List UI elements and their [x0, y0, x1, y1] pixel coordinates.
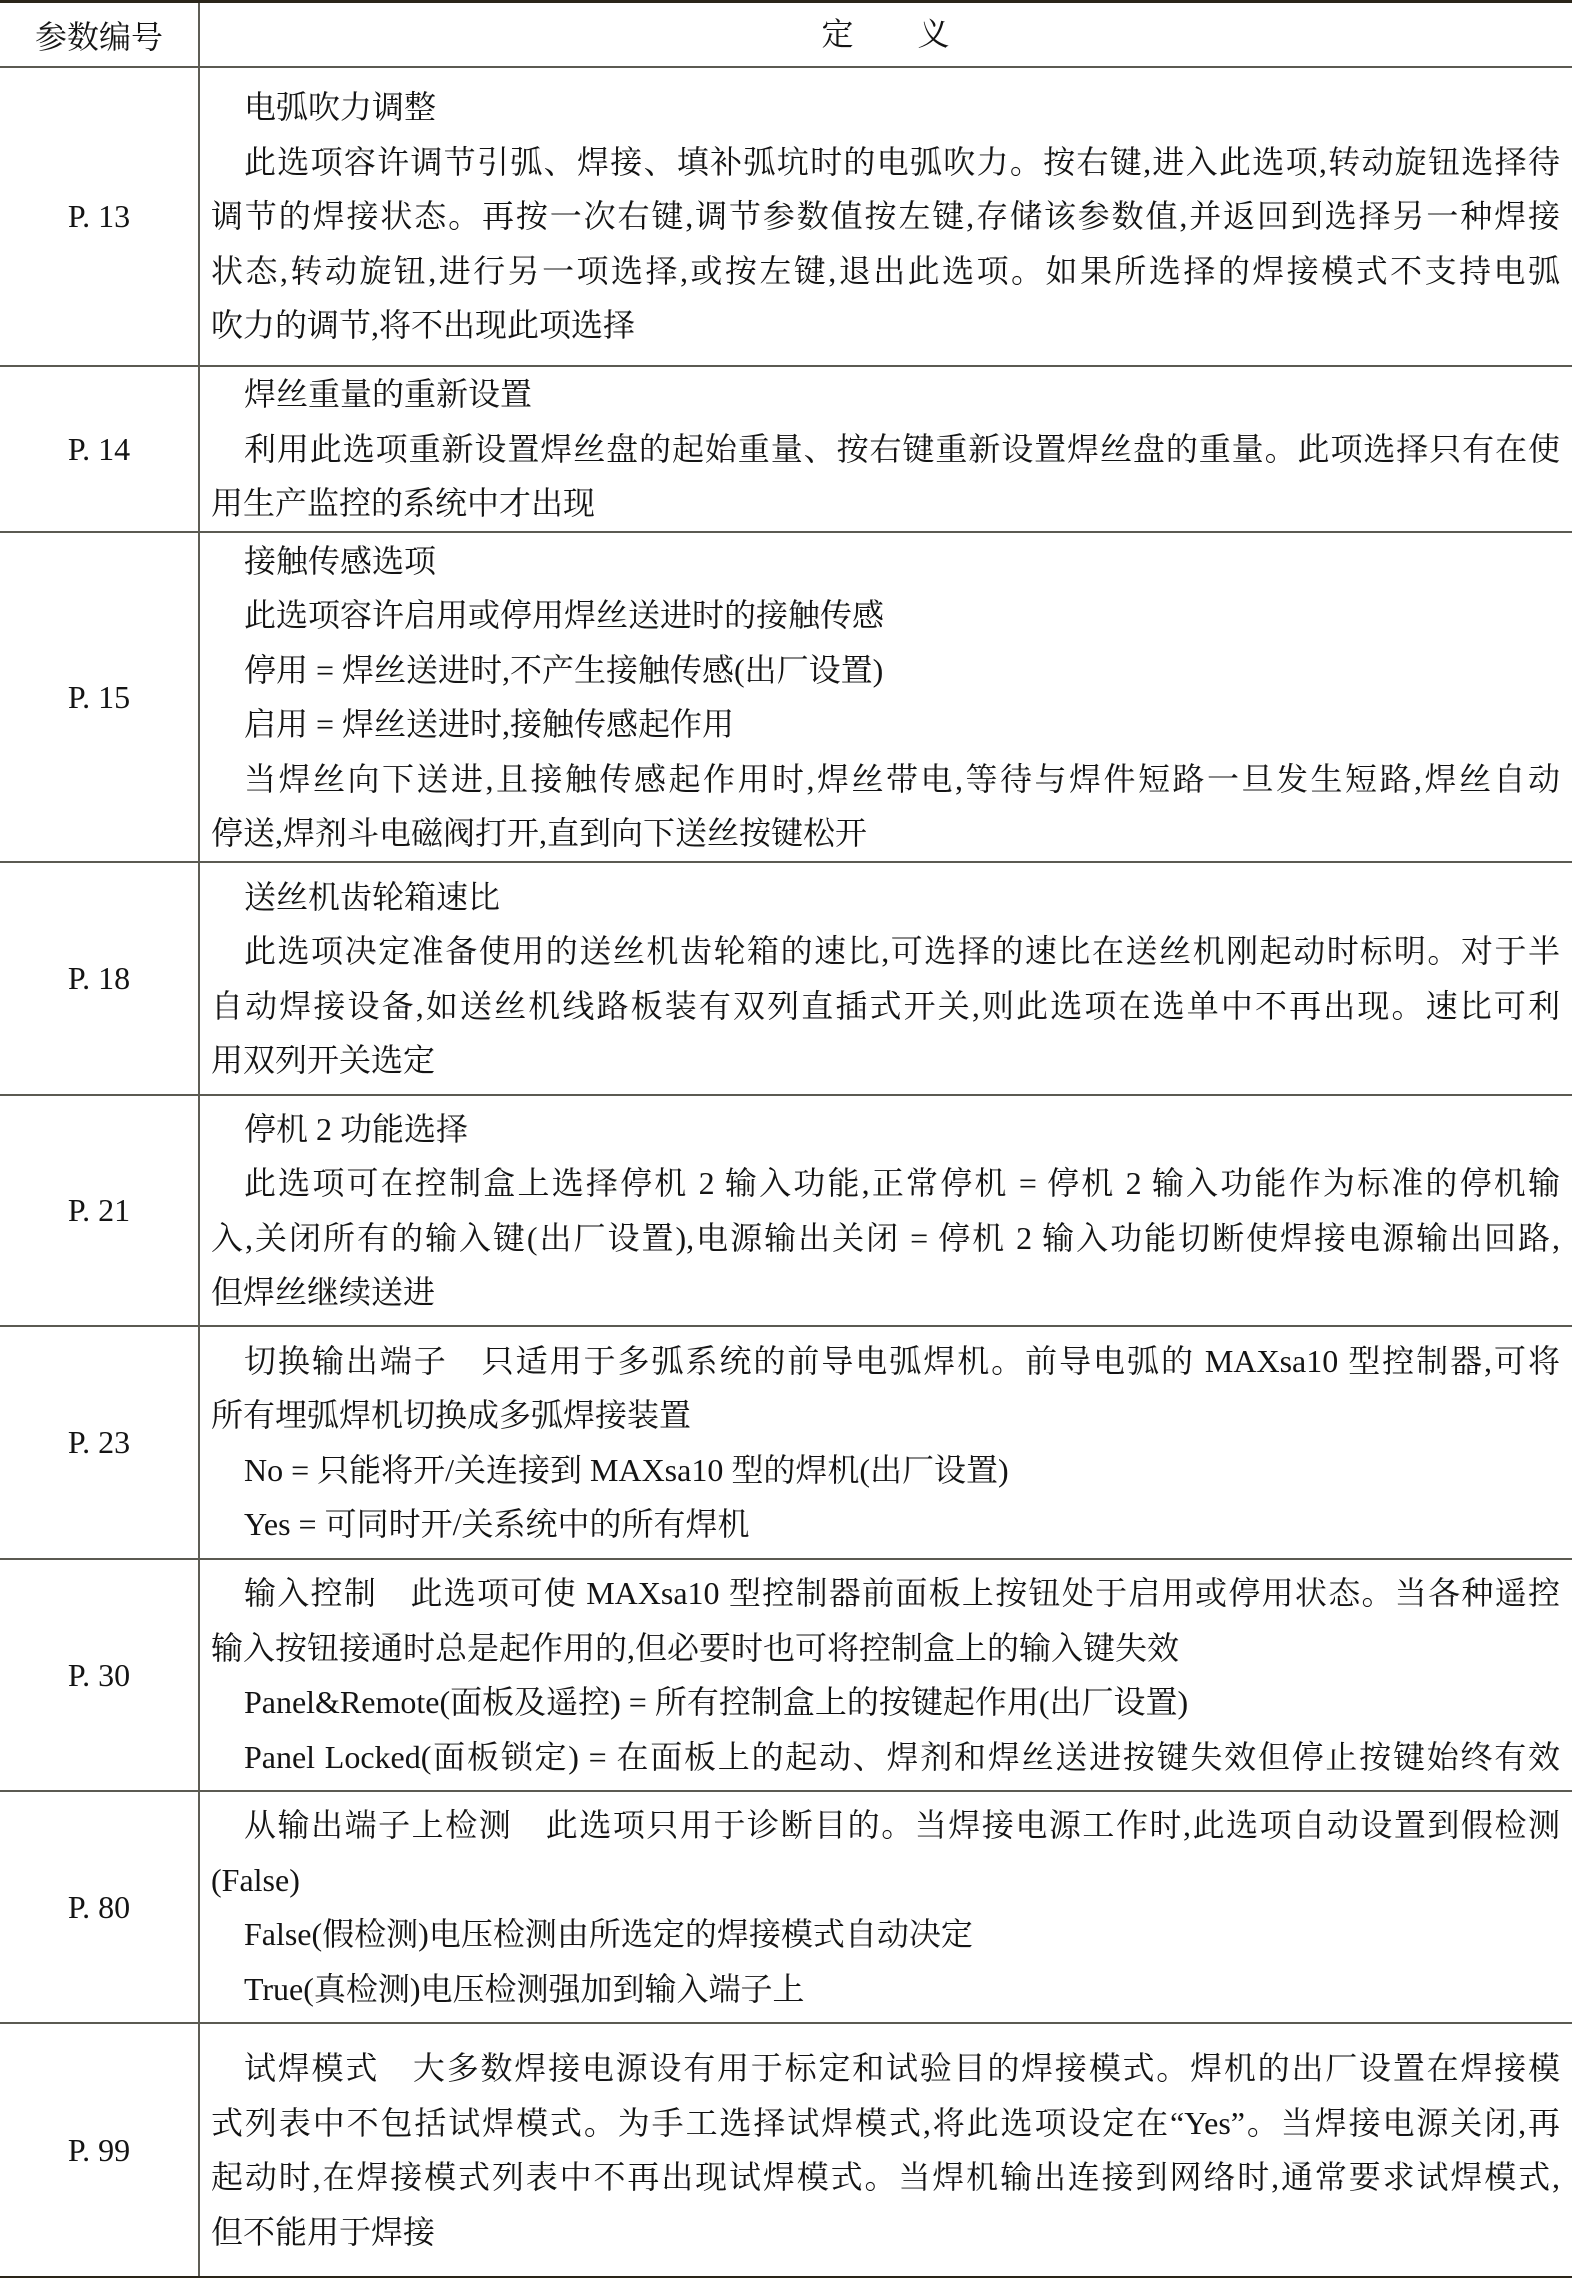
definition-option: Panel&Remote(面板及遥控) = 所有控制盒上的按键起作用(出厂设置) — [211, 1675, 1560, 1730]
definition-line: 此选项可在控制盒上选择停机 2 输入功能,正常停机 = 停机 2 输入功能作为标… — [211, 1156, 1560, 1211]
definition-line: 输入按钮接通时总是起作用的,但必要时也可将控制盒上的输入键失效 — [211, 1621, 1560, 1676]
definition-option: 停用 = 焊丝送进时,不产生接触传感(出厂设置) — [211, 643, 1560, 698]
definition-line: 切换输出端子 只适用于多弧系统的前导电弧焊机。前导电弧的 MAXsa10 型控制… — [211, 1334, 1560, 1389]
definition-line: 所有埋弧焊机切换成多弧焊接装置 — [211, 1388, 1560, 1443]
definition-line: 状态,转动旋钮,进行另一项选择,或按左键,退出此选项。如果所选择的焊接模式不支持… — [211, 244, 1560, 299]
definition-title: 焊丝重量的重新设置 — [211, 367, 1560, 422]
table-row-p30: P. 30 输入控制 此选项可使 MAXsa10 型控制器前面板上按钮处于启用或… — [0, 1560, 1572, 1792]
table-row-p18: P. 18 送丝机齿轮箱速比 此选项决定准备使用的送丝机齿轮箱的速比,可选择的速… — [0, 863, 1572, 1096]
definition-option: 启用 = 焊丝送进时,接触传感起作用 — [211, 697, 1560, 752]
table-row-p15: P. 15 接触传感选项 此选项容许启用或停用焊丝送进时的接触传感 停用 = 焊… — [0, 533, 1572, 863]
definition-option: False(假检测)电压检测由所选定的焊接模式自动决定 — [211, 1907, 1560, 1962]
definition-option: Panel Locked(面板锁定) = 在面板上的起动、焊剂和焊丝送进按键失效… — [211, 1730, 1560, 1785]
definition-cell: 电弧吹力调整 此选项容许调节引弧、焊接、填补弧坑时的电弧吹力。按右键,进入此选项… — [200, 68, 1572, 365]
definition-line: 式列表中不包括试焊模式。为手工选择试焊模式,将此选项设定在“Yes”。当焊接电源… — [211, 2096, 1560, 2151]
header-definition: 定 义 — [200, 3, 1572, 66]
definition-line: 用生产监控的系统中才出现 — [211, 476, 1560, 531]
definition-cell: 切换输出端子 只适用于多弧系统的前导电弧焊机。前导电弧的 MAXsa10 型控制… — [200, 1327, 1572, 1558]
table-header-row: 参数编号 定 义 — [0, 3, 1572, 68]
definition-line: 调节的焊接状态。再按一次右键,调节参数值按左键,存储该参数值,并返回到选择另一种… — [211, 189, 1560, 244]
definition-line: 此选项容许调节引弧、焊接、填补弧坑时的电弧吹力。按右键,进入此选项,转动旋钮选择… — [211, 135, 1560, 190]
definition-line: 从输出端子上检测 此选项只用于诊断目的。当焊接电源工作时,此选项自动设置到假检测 — [211, 1798, 1560, 1853]
table-row-p23: P. 23 切换输出端子 只适用于多弧系统的前导电弧焊机。前导电弧的 MAXsa… — [0, 1327, 1572, 1560]
param-number-cell: P. 23 — [0, 1327, 200, 1558]
definition-line: 此选项容许启用或停用焊丝送进时的接触传感 — [211, 588, 1560, 643]
table-row-p21: P. 21 停机 2 功能选择 此选项可在控制盒上选择停机 2 输入功能,正常停… — [0, 1096, 1572, 1327]
definition-line: 自动焊接设备,如送丝机线路板装有双列直插式开关,则此选项在选单中不再出现。速比可… — [211, 979, 1560, 1034]
definition-cell: 输入控制 此选项可使 MAXsa10 型控制器前面板上按钮处于启用或停用状态。当… — [200, 1560, 1572, 1790]
definition-title: 送丝机齿轮箱速比 — [211, 870, 1560, 925]
definition-line: 利用此选项重新设置焊丝盘的起始重量、按右键重新设置焊丝盘的重量。此项选择只有在使 — [211, 422, 1560, 477]
header-param-number: 参数编号 — [0, 3, 200, 66]
param-number-cell: P. 13 — [0, 68, 200, 365]
definition-line: 此选项决定准备使用的送丝机齿轮箱的速比,可选择的速比在送丝机刚起动时标明。对于半 — [211, 924, 1560, 979]
param-number-cell: P. 21 — [0, 1096, 200, 1325]
parameter-table: 参数编号 定 义 P. 13 电弧吹力调整 此选项容许调节引弧、焊接、填补弧坑时… — [0, 0, 1572, 2278]
param-number-cell: P. 80 — [0, 1792, 200, 2022]
definition-cell: 试焊模式 大多数焊接电源设有用于标定和试验目的焊接模式。焊机的出厂设置在焊接模 … — [200, 2024, 1572, 2276]
definition-line: 吹力的调节,将不出现此项选择 — [211, 298, 1560, 353]
definition-option: Yes = 可同时开/关系统中的所有焊机 — [211, 1497, 1560, 1552]
param-number-cell: P. 14 — [0, 367, 200, 531]
header-definition-label: 定 义 — [821, 7, 949, 62]
definition-line: 入,关闭所有的输入键(出厂设置),电源输出关闭 = 停机 2 输入功能切断使焊接… — [211, 1211, 1560, 1266]
table-row-p99: P. 99 试焊模式 大多数焊接电源设有用于标定和试验目的焊接模式。焊机的出厂设… — [0, 2024, 1572, 2278]
definition-line: 但不能用于焊接 — [211, 2205, 1560, 2260]
table-row-p13: P. 13 电弧吹力调整 此选项容许调节引弧、焊接、填补弧坑时的电弧吹力。按右键… — [0, 68, 1572, 367]
definition-line: 但焊丝继续送进 — [211, 1265, 1560, 1320]
param-number-cell: P. 18 — [0, 863, 200, 1094]
definition-line: 输入控制 此选项可使 MAXsa10 型控制器前面板上按钮处于启用或停用状态。当… — [211, 1566, 1560, 1621]
table-row-p80: P. 80 从输出端子上检测 此选项只用于诊断目的。当焊接电源工作时,此选项自动… — [0, 1792, 1572, 2024]
definition-line: 停送,焊剂斗电磁阀打开,直到向下送丝按键松开 — [211, 806, 1560, 861]
definition-option: True(真检测)电压检测强加到输入端子上 — [211, 1962, 1560, 2017]
definition-cell: 送丝机齿轮箱速比 此选项决定准备使用的送丝机齿轮箱的速比,可选择的速比在送丝机刚… — [200, 863, 1572, 1094]
table-row-p14: P. 14 焊丝重量的重新设置 利用此选项重新设置焊丝盘的起始重量、按右键重新设… — [0, 367, 1572, 533]
param-number-cell: P. 30 — [0, 1560, 200, 1790]
definition-cell: 焊丝重量的重新设置 利用此选项重新设置焊丝盘的起始重量、按右键重新设置焊丝盘的重… — [200, 367, 1572, 531]
definition-cell: 接触传感选项 此选项容许启用或停用焊丝送进时的接触传感 停用 = 焊丝送进时,不… — [200, 533, 1572, 861]
param-number-cell: P. 15 — [0, 533, 200, 861]
definition-title: 接触传感选项 — [211, 534, 1560, 589]
definition-line: (False) — [211, 1853, 1560, 1908]
definition-line: 用双列开关选定 — [211, 1033, 1560, 1088]
definition-title: 停机 2 功能选择 — [211, 1102, 1560, 1157]
definition-line: 当焊丝向下送进,且接触传感起作用时,焊丝带电,等待与焊件短路一旦发生短路,焊丝自… — [211, 752, 1560, 807]
param-number-cell: P. 99 — [0, 2024, 200, 2276]
definition-option: No = 只能将开/关连接到 MAXsa10 型的焊机(出厂设置) — [211, 1443, 1560, 1498]
definition-cell: 从输出端子上检测 此选项只用于诊断目的。当焊接电源工作时,此选项自动设置到假检测… — [200, 1792, 1572, 2022]
definition-cell: 停机 2 功能选择 此选项可在控制盒上选择停机 2 输入功能,正常停机 = 停机… — [200, 1096, 1572, 1325]
definition-line: 起动时,在焊接模式列表中不再出现试焊模式。当焊机输出连接到网络时,通常要求试焊模… — [211, 2150, 1560, 2205]
definition-title: 电弧吹力调整 — [211, 80, 1560, 135]
definition-line: 试焊模式 大多数焊接电源设有用于标定和试验目的焊接模式。焊机的出厂设置在焊接模 — [211, 2041, 1560, 2096]
